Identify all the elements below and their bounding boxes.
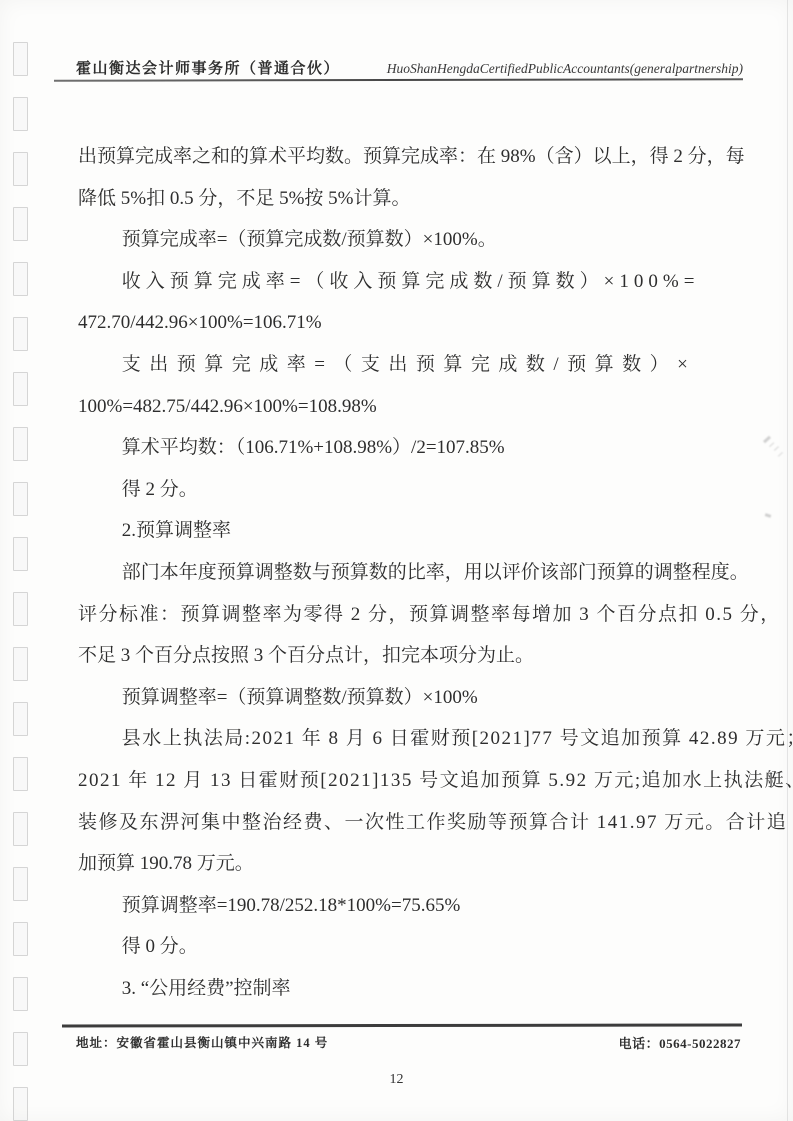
body-line: 预算调整率=190.78/252.18*100%=75.65%: [78, 885, 736, 927]
binding-hole: [13, 977, 28, 1011]
scan-edge-artifact: [787, 0, 788, 1121]
footer-phone: 电话：0564-5022827: [619, 1033, 741, 1052]
body-line: 2.预算调整率: [78, 510, 736, 552]
binding-hole: [13, 97, 28, 131]
binding-hole: [13, 427, 28, 461]
body-line: 出预算完成率之和的算术平均数。预算完成率：在 98%（含）以上，得 2 分，每: [78, 136, 736, 178]
body-line: 加预算 190.78 万元。: [78, 843, 736, 885]
header-firm-name-en: HuoShanHengdaCertifiedPublicAccountants(…: [387, 61, 743, 77]
binding-hole: [13, 262, 28, 296]
binding-hole: [13, 812, 28, 846]
body-line: 部门本年度预算调整数与预算数的比率，用以评价该部门预算的调整程度。: [78, 552, 736, 594]
body-line: 2021 年 12 月 13 日霍财预[2021]135 号文追加预算 5.92…: [78, 760, 736, 802]
body-line: 得 2 分。: [78, 469, 736, 511]
scanned-document-page: 霍山衡达会计师事务所（普通合伙） HuoShanHengdaCertifiedP…: [0, 0, 793, 1121]
binding-hole: [13, 207, 28, 241]
footer-divider: [62, 1024, 742, 1027]
ink-smudge: [763, 436, 771, 444]
binding-hole: [13, 592, 28, 626]
header-firm-name-cn: 霍山衡达会计师事务所（普通合伙）: [76, 57, 340, 78]
binding-hole: [13, 1032, 28, 1066]
binding-hole: [13, 482, 28, 516]
body-line: 支出预算完成率=（支出预算完成数/预算数）×: [78, 344, 736, 386]
binding-hole: [13, 757, 28, 791]
body-line: 3. “公用经费”控制率: [78, 968, 736, 1010]
binding-hole: [13, 647, 28, 681]
body-line: 不足 3 个百分点按照 3 个百分点计，扣完本项分为止。: [78, 635, 736, 677]
ink-smudge: [765, 513, 772, 518]
binding-hole: [13, 867, 28, 901]
binding-hole: [13, 537, 28, 571]
binding-hole: [13, 42, 28, 76]
body-line: 预算完成率=（预算完成数/预算数）×100%。: [78, 219, 736, 261]
document-body: 出预算完成率之和的算术平均数。预算完成率：在 98%（含）以上，得 2 分，每 …: [78, 136, 736, 1009]
body-line: 装修及东淠河集中整治经费、一次性工作奖励等预算合计 141.97 万元。合计追: [78, 802, 736, 844]
body-line: 县水上执法局:2021 年 8 月 6 日霍财预[2021]77 号文追加预算 …: [78, 718, 736, 760]
footer-address: 地址：安徽省霍山县衡山镇中兴南路 14 号: [76, 1033, 328, 1051]
page-number: 12: [0, 1072, 793, 1088]
body-line: 收入预算完成率=（收入预算完成数/预算数）×100%=: [78, 261, 736, 303]
binding-hole: [13, 922, 28, 956]
body-line: 预算调整率=（预算调整数/预算数）×100%: [78, 677, 736, 719]
body-line: 472.70/442.96×100%=106.71%: [78, 302, 736, 344]
binding-hole: [13, 702, 28, 736]
body-line: 算术平均数：（106.71%+108.98%）/2=107.85%: [78, 427, 736, 469]
binding-hole: [13, 317, 28, 351]
binding-hole: [13, 1087, 28, 1121]
binding-hole: [13, 372, 28, 406]
body-line: 得 0 分。: [78, 926, 736, 968]
body-line: 降低 5%扣 0.5 分，不足 5%按 5%计算。: [78, 178, 736, 220]
body-line: 100%=482.75/442.96×100%=108.98%: [78, 386, 736, 428]
body-line: 评分标准：预算调整率为零得 2 分，预算调整率每增加 3 个百分点扣 0.5 分…: [78, 594, 736, 636]
header-divider: [54, 78, 743, 81]
binding-hole: [13, 152, 28, 186]
